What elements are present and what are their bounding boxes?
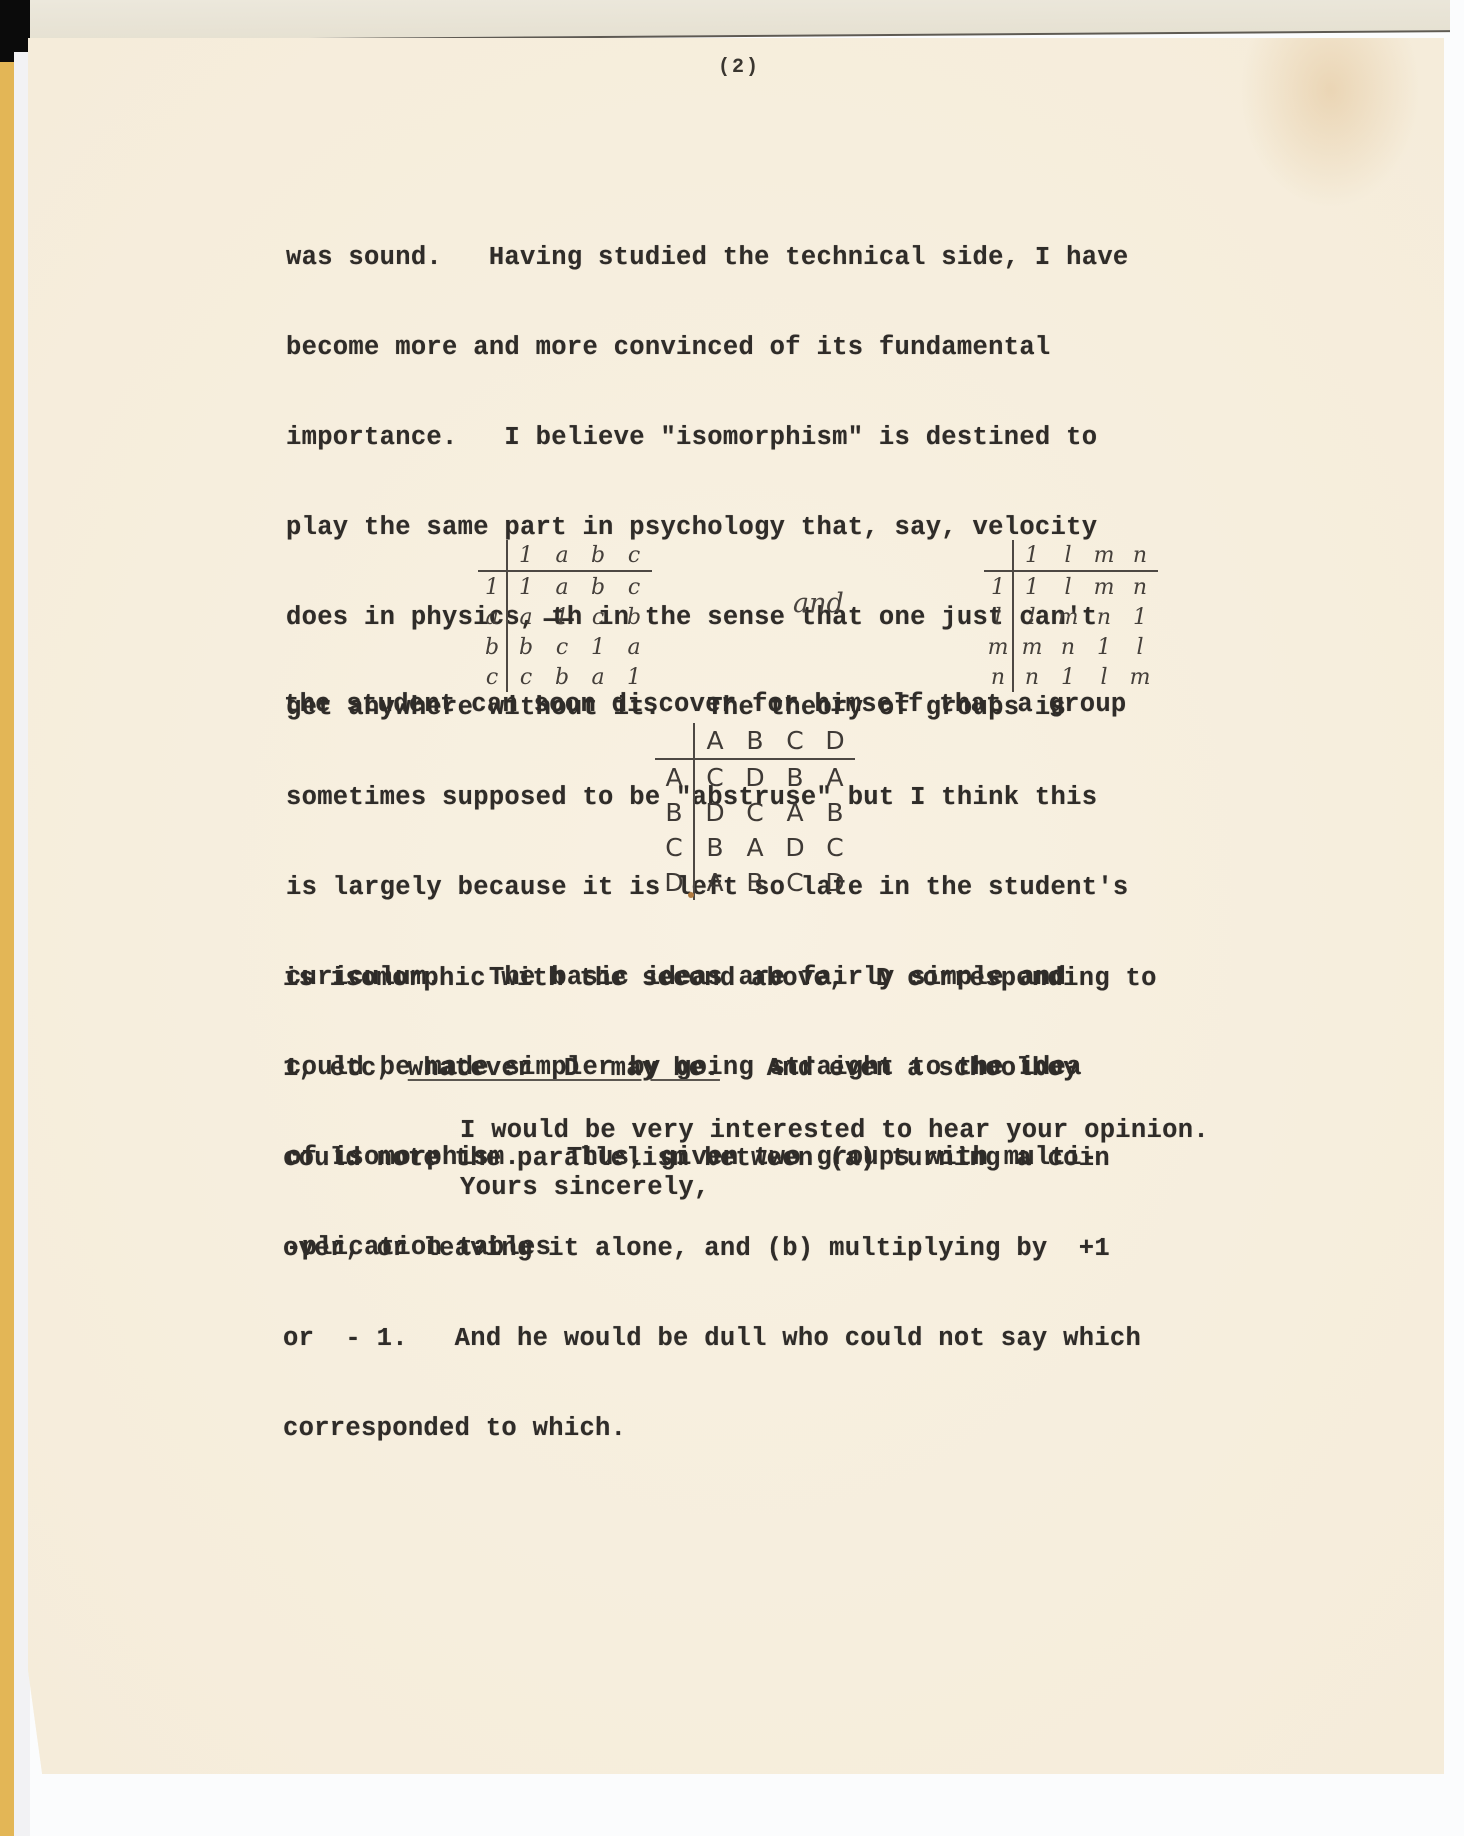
cell: C <box>815 830 855 865</box>
header-cell: 1 <box>1013 540 1050 571</box>
connector-and: and <box>793 588 844 619</box>
cell: C <box>694 759 735 795</box>
table-row: b b c 1 a <box>478 632 652 662</box>
paragraph-3: is isomorphic with the second above, D c… <box>283 904 1157 1474</box>
table-row: B D C A B <box>655 795 855 830</box>
header-cell: m <box>1086 540 1122 571</box>
text-line-after-tables: the student can soon discover for himsel… <box>284 690 1127 720</box>
text-line: corresponded to which. <box>283 1414 1157 1444</box>
signoff: Yours sincerely, <box>460 1173 710 1203</box>
table-corner <box>984 540 1013 571</box>
text-line: play the same part in psychology that, s… <box>286 513 1129 543</box>
cell: l <box>1050 571 1086 602</box>
table-corner <box>478 540 507 571</box>
cell: 1 <box>580 632 616 662</box>
cell: D <box>735 759 775 795</box>
cell: B <box>815 795 855 830</box>
cell: a <box>616 632 652 662</box>
header-cell: 1 <box>507 540 544 571</box>
cell: 1 <box>1122 602 1158 632</box>
row-label: 1 <box>984 571 1013 602</box>
header-cell: n <box>1122 540 1158 571</box>
table-row: 1 1 l m n <box>984 571 1158 602</box>
multiplication-table-group-3: A B C D A C D B A B D C A B C B A D C D … <box>655 723 855 900</box>
row-label: b <box>478 632 507 662</box>
table-row: n n 1 l m <box>984 662 1158 692</box>
cell: A <box>735 830 775 865</box>
header-cell: C <box>775 723 815 759</box>
cell: m <box>1013 632 1050 662</box>
table-row: a a 1 c b <box>478 602 652 632</box>
cell: l <box>1086 662 1122 692</box>
cell: b <box>616 602 652 632</box>
cell: A <box>775 795 815 830</box>
text-line: 1, etc, whatever D may be. And even a sc… <box>283 1054 1157 1084</box>
cell: n <box>1086 602 1122 632</box>
cell: a <box>544 571 580 602</box>
cell: 1 <box>507 571 544 602</box>
cell: b <box>507 632 544 662</box>
cell: m <box>1050 602 1086 632</box>
table-row: l l m n 1 <box>984 602 1158 632</box>
text-line: was sound. Having studied the technical … <box>286 243 1129 273</box>
row-label: A <box>655 759 694 795</box>
table-row: m m n 1 l <box>984 632 1158 662</box>
cell: 1 <box>1086 632 1122 662</box>
row-label: C <box>655 830 694 865</box>
text-line: or - 1. And he would be dull who could n… <box>283 1324 1157 1354</box>
header-cell: b <box>580 540 616 571</box>
underlined-phrase: whatever D may be. <box>408 1054 720 1083</box>
header-cell: B <box>735 723 775 759</box>
page-number: (2) <box>718 56 760 79</box>
cell: B <box>735 865 775 900</box>
cell: a <box>507 602 544 632</box>
cell: 1 <box>1050 662 1086 692</box>
table-row: c c b a 1 <box>478 662 652 692</box>
header-cell: D <box>815 723 855 759</box>
folder-edge <box>0 62 14 1836</box>
cell: a <box>580 662 616 692</box>
cell: A <box>694 865 735 900</box>
cell: c <box>580 602 616 632</box>
cell: 1 <box>1013 571 1050 602</box>
text-line: importance. I believe "isomorphism" is d… <box>286 423 1129 453</box>
header-cell: l <box>1050 540 1086 571</box>
cell: n <box>1122 571 1158 602</box>
table-row: 1 1 a b c <box>478 571 652 602</box>
cell: 1 <box>616 662 652 692</box>
cell: A <box>815 759 855 795</box>
cell: m <box>1086 571 1122 602</box>
table-row: C B A D C <box>655 830 855 865</box>
cell: B <box>694 830 735 865</box>
cell: l <box>1013 602 1050 632</box>
cell: l <box>1122 632 1158 662</box>
row-label: 1 <box>478 571 507 602</box>
text-line: over, or leaving it alone, and (b) multi… <box>283 1234 1157 1264</box>
cell: C <box>735 795 775 830</box>
text-line: become more and more convinced of its fu… <box>286 333 1129 363</box>
cell: c <box>544 632 580 662</box>
row-label: c <box>478 662 507 692</box>
cell: c <box>507 662 544 692</box>
cell: b <box>544 662 580 692</box>
row-label: B <box>655 795 694 830</box>
row-label: l <box>984 602 1013 632</box>
table-row: A C D B A <box>655 759 855 795</box>
text-segment: 1, etc, <box>283 1054 408 1083</box>
cell: D <box>694 795 735 830</box>
header-cell: c <box>616 540 652 571</box>
cell: B <box>775 759 815 795</box>
closing-line: I would be very interested to hear your … <box>460 1116 1209 1146</box>
header-cell: A <box>694 723 735 759</box>
row-label: a <box>478 602 507 632</box>
multiplication-table-group-1: 1 a b c 1 1 a b c a a 1 c b b b c 1 a c … <box>478 540 652 692</box>
page-fold <box>30 0 1450 42</box>
table-corner <box>655 723 694 759</box>
cell: 1 <box>544 602 580 632</box>
header-cell: a <box>544 540 580 571</box>
cell: n <box>1013 662 1050 692</box>
cell: D <box>815 865 855 900</box>
ink-spot <box>688 892 694 898</box>
row-label: n <box>984 662 1013 692</box>
text-segment: And even a schoolboy <box>720 1054 1079 1083</box>
underlying-sheet-edge <box>14 52 30 1836</box>
cell: D <box>775 830 815 865</box>
table-row: D A B C D <box>655 865 855 900</box>
cell: n <box>1050 632 1086 662</box>
text-line: could note the parallelism between (a) t… <box>283 1144 1157 1174</box>
row-label: m <box>984 632 1013 662</box>
cell: C <box>775 865 815 900</box>
multiplication-table-group-2: 1 l m n 1 1 l m n l l m n 1 m m n 1 l n … <box>984 540 1158 692</box>
cell: m <box>1122 662 1158 692</box>
cell: c <box>616 571 652 602</box>
text-line: is isomorphic with the second above, D c… <box>283 964 1157 994</box>
cell: b <box>580 571 616 602</box>
